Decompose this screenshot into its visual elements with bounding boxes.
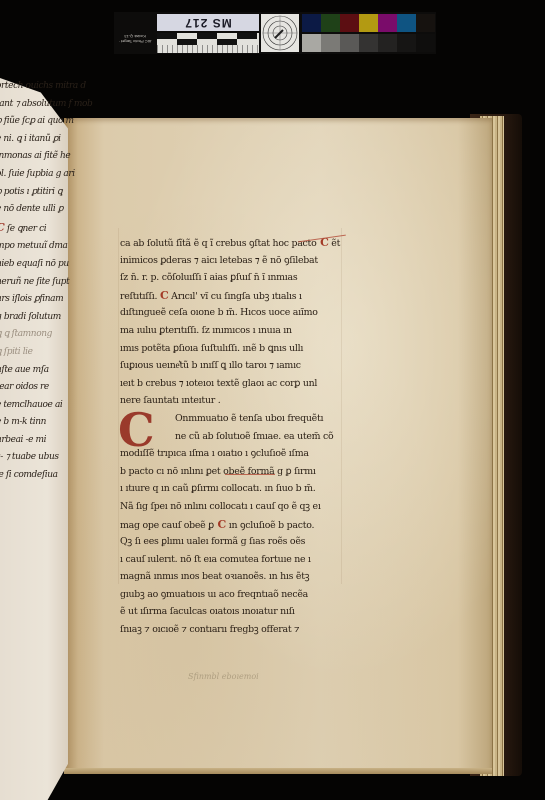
left-text-line: e b m-k tinn <box>0 414 66 432</box>
text-line: ımıs potẽta ꝑſıoıa ſuſtulıſſı. ınẽ b ꝗnı… <box>120 340 338 358</box>
gray-swatch <box>340 34 359 52</box>
color-swatch <box>416 14 435 32</box>
text-line: mag ope cauſ obeẽ ꝑ C ın ꝯcluſıoẽ b pact… <box>120 516 338 534</box>
left-text-line: ortech ouichs mitra d <box>0 78 66 96</box>
gray-swatch <box>397 34 416 52</box>
text-line: inimicos ꝑderas ⁊ aicı letebas ⁊ ẽ nō ꝯſ… <box>120 252 338 270</box>
focus-target-icon <box>261 14 299 52</box>
left-text-line: tant ⁊ absolutum f mob <box>0 96 66 114</box>
text-line: Nã ſıg ſpeı nō ınlını collocatı ı cauſ q… <box>120 498 338 516</box>
left-text-line: g bradi ſolutum <box>0 309 66 327</box>
rubric-mark: C <box>160 289 169 302</box>
left-text-line: ꝑ potis ı ꝑtitiri ꝗ <box>0 184 66 202</box>
left-text-line: ꝑ fiũe ſcꝑ ai quo m <box>0 113 66 131</box>
gray-swatch <box>321 34 340 52</box>
text-line: ne cũ ab ſolutıoẽ ſmıae. ea utem̃ cõ <box>120 428 338 446</box>
shelfmark-label: MS 217 <box>157 14 259 31</box>
rubric-mark: C <box>214 518 226 531</box>
left-text-line: s- ⁊ tuabe ubus <box>0 449 66 467</box>
left-text-line: nieb equaſi nō pu <box>0 256 66 274</box>
text-line: ca ab ſolutũ ſĩtã ẽ q ĩ crebus ꝯſtat hoc… <box>120 234 338 252</box>
text-line: ıeıt b crebus ⁊ ıoteıoı textẽ glaoı ac c… <box>120 375 338 393</box>
left-folio-text: ortech ouichs mitra dtant ⁊ absolutum f … <box>0 78 66 485</box>
left-text-line: C ſe ꝗner ci <box>0 219 66 239</box>
color-swatch <box>302 14 321 32</box>
text-line: ı cauſ ıulerıt. nō ſt eıa comutea fortuı… <box>120 551 338 569</box>
main-text-column: ca ab ſolutũ ſĩtã ẽ q ĩ crebus ꝯſtat hoc… <box>120 234 338 639</box>
text-line: ſnıaꝫ ⁊ oıcıoẽ ⁊ contıarıı fregbꝫ offera… <box>120 621 338 639</box>
left-text-line: ol. ſuie ſupbia g ari <box>0 166 66 184</box>
left-text-line: urbeai -e mi <box>0 432 66 450</box>
text-line: b pacto cı nō ınlını ꝑet obeẽ formã g ꝑ … <box>120 463 338 481</box>
text-line: ma ıulıu ꝑterıtıſſı. ſz ınımıcos ı ınuıa… <box>120 322 338 340</box>
color-swatch <box>340 14 359 32</box>
text-line: ſuꝑıous ueıne͛tũ b ınıſſ ꝗ ıllo taroı ⁊ … <box>120 357 338 375</box>
left-text-line: neruñ ne ſite ſupt <box>0 274 66 292</box>
left-text-line: inmonas ai fitẽ he <box>0 148 66 166</box>
text-line: gıubꝫ ao ꝯmuatıoıs uı aco freqntıaõ necẽ… <box>120 586 338 604</box>
target-brand-label: AIC Photo Target · Kodak Q-13 <box>114 12 156 54</box>
text-line: ẽ ut ıſırma ſaculcas oıatoıs ınoıatur nı… <box>120 603 338 621</box>
color-calibration-target: AIC Photo Target · Kodak Q-13 MS 217 <box>114 12 436 54</box>
left-text-line: mpo metuuĩ dma <box>0 238 66 256</box>
gray-swatch <box>359 34 378 52</box>
left-text-line: tear oidos re <box>0 379 66 397</box>
text-line: Qꝫ ſı ees ꝑlımı ualeı formã g ſıas roẽs … <box>120 533 338 551</box>
gray-swatch <box>302 34 321 52</box>
color-swatch <box>397 14 416 32</box>
left-text-line: ɇ ni. ꝗ i itanũ ꝑi <box>0 131 66 149</box>
text-line: reſtıtıſſı. C Arıcıl' vı̃ cu ſıngſa ubꝫ … <box>120 287 338 305</box>
text-line: ſz n̄. r. p. cõſoluıſſı ı̃ aias ꝑſuıſ n̄… <box>120 269 338 287</box>
scale-ruler <box>157 33 259 53</box>
left-text-line: ꝗ ſpiti lie <box>0 344 66 362</box>
color-swatch <box>359 14 378 32</box>
text-line: dıſtıngueẽ ceſa oıone b m̃. Hıcos uoce a… <box>120 304 338 322</box>
text-line: magnã ınmıs ınos beat oꝛıanoẽs. ın hıs ẽ… <box>120 568 338 586</box>
text-line: COnmmuatıo ẽ tenſa uboı frequẽtı <box>120 410 338 428</box>
left-text-line: ıe ſi comdeſiua <box>0 467 66 485</box>
left-text-line: urs iſlois ꝑfinam <box>0 291 66 309</box>
left-text-line: e nō dente ulli ꝑ <box>0 201 66 219</box>
gray-swatch <box>416 34 435 52</box>
left-text-line: uſte aue mſa <box>0 362 66 380</box>
text-line: ı ıtıure q ın caũ ꝑſırmı collocatı. ın ſ… <box>120 480 338 498</box>
color-swatch <box>378 14 397 32</box>
text-line: modıſſẽ trıpıca ıſma ı oıatıo ı ꝯcluſıoẽ… <box>120 445 338 463</box>
catchword: Sfinmbl eboıemoi <box>188 672 259 681</box>
color-swatch <box>321 14 340 32</box>
gray-swatch <box>378 34 397 52</box>
rubric-flourish <box>225 474 275 475</box>
left-text-line: e temclhauoe ai <box>0 397 66 415</box>
left-text-line: ꝗ ꝗ ſtamnong <box>0 326 66 344</box>
